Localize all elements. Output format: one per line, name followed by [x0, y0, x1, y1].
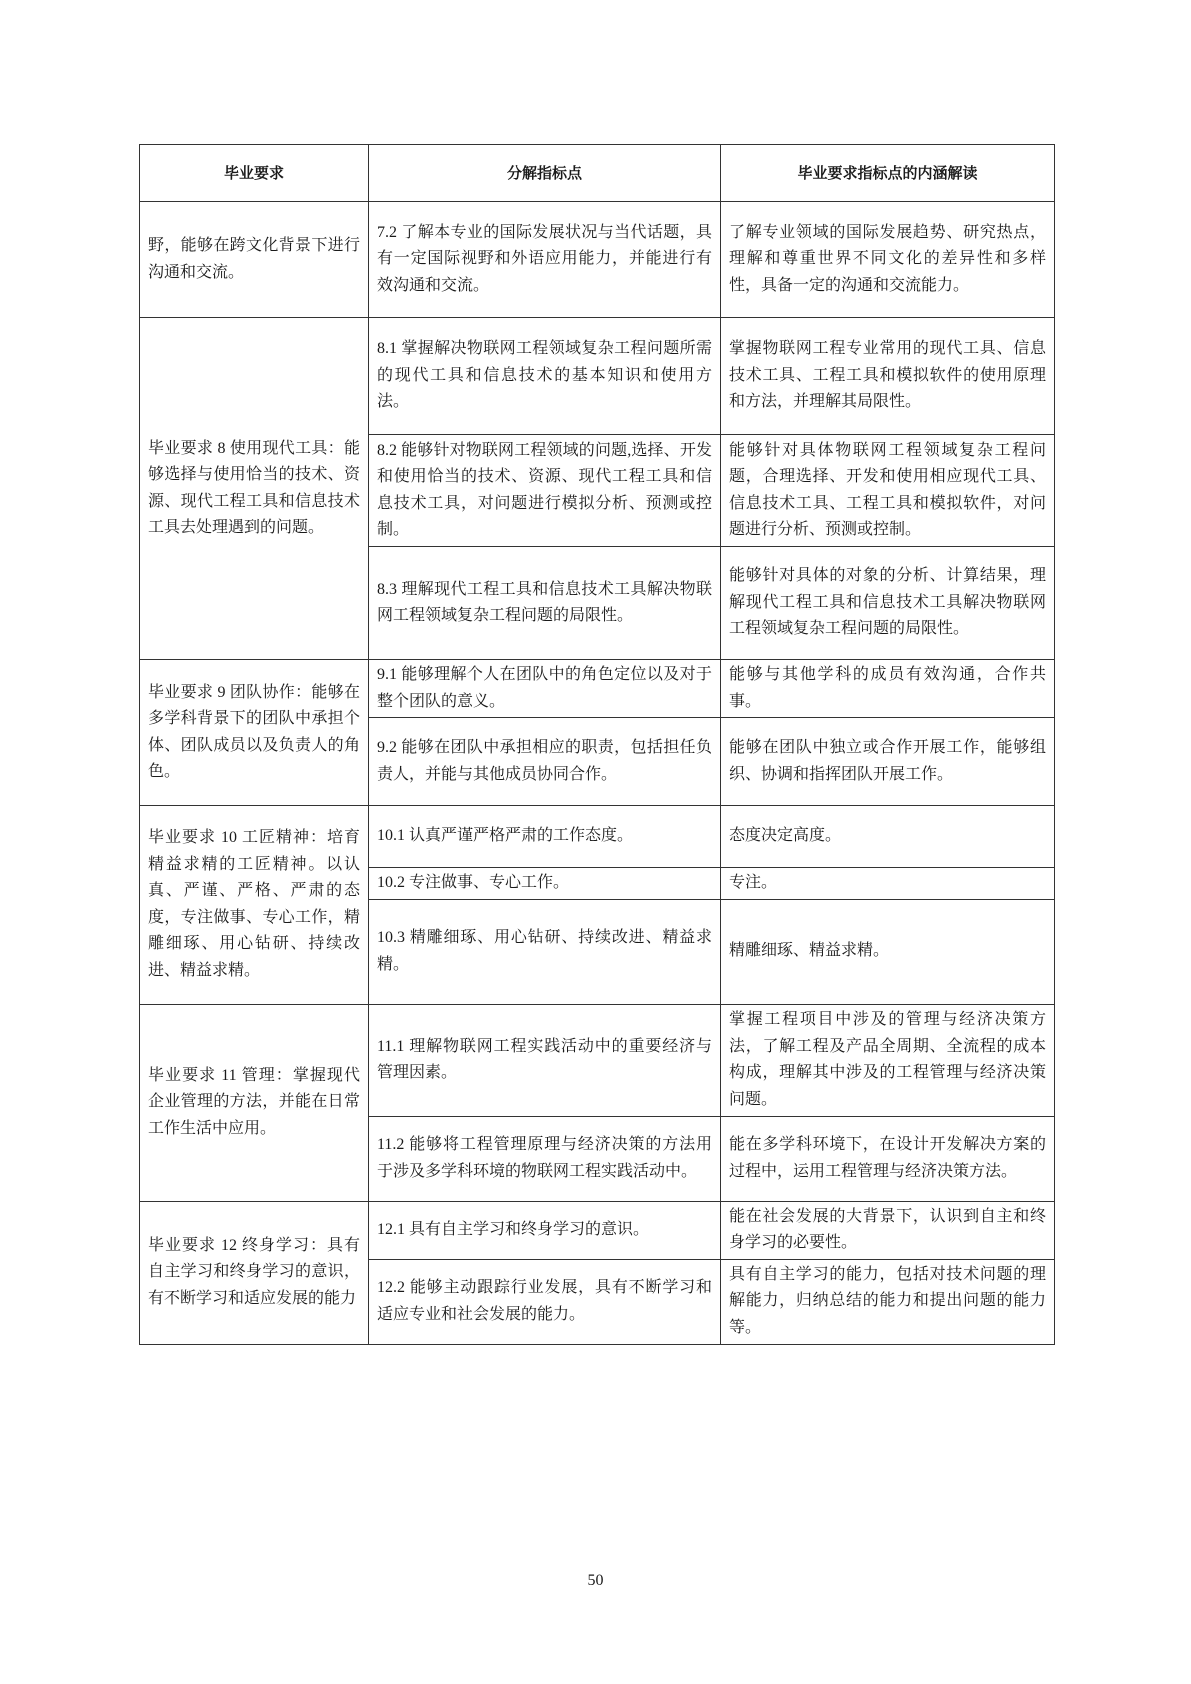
interpretation-cell: 掌握工程项目中涉及的管理与经济决策方法，了解工程及产品全周期、全流程的成本构成，… — [721, 1004, 1055, 1116]
interpretation-cell: 态度决定高度。 — [721, 806, 1055, 868]
interpretation-cell: 了解专业领域的国际发展趋势、研究热点，理解和尊重世界不同文化的差异性和多样性，具… — [721, 202, 1055, 318]
indicator-cell: 12.2 能够主动跟踪行业发展，具有不断学习和适应专业和社会发展的能力。 — [369, 1259, 721, 1344]
graduation-requirements-table: 毕业要求 分解指标点 毕业要求指标点的内涵解读 野，能够在跨文化背景下进行沟通和… — [139, 144, 1055, 1345]
table-header-row: 毕业要求 分解指标点 毕业要求指标点的内涵解读 — [140, 145, 1055, 202]
page-number: 50 — [0, 1572, 1191, 1590]
header-interpretation: 毕业要求指标点的内涵解读 — [721, 145, 1055, 202]
requirement-cell: 毕业要求 9 团队协作：能够在多学科背景下的团队中承担个体、团队成员以及负责人的… — [140, 660, 369, 806]
indicator-cell: 7.2 了解本专业的国际发展状况与当代话题，具有一定国际视野和外语应用能力，并能… — [369, 202, 721, 318]
interpretation-cell: 精雕细琢、精益求精。 — [721, 899, 1055, 1004]
interpretation-cell: 掌握物联网工程专业常用的现代工具、信息技术工具、工程工具和模拟软件的使用原理和方… — [721, 318, 1055, 435]
interpretation-cell: 能够针对具体物联网工程领域复杂工程问题，合理选择、开发和使用相应现代工具、信息技… — [721, 435, 1055, 547]
requirement-cell: 野，能够在跨文化背景下进行沟通和交流。 — [140, 202, 369, 318]
header-requirement: 毕业要求 — [140, 145, 369, 202]
indicator-cell: 8.2 能够针对物联网工程领域的问题,选择、开发和使用恰当的技术、资源、现代工程… — [369, 435, 721, 547]
indicator-cell: 9.2 能够在团队中承担相应的职责，包括担任负责人，并能与其他成员协同合作。 — [369, 718, 721, 806]
interpretation-cell: 能在社会发展的大背景下，认识到自主和终身学习的必要性。 — [721, 1201, 1055, 1259]
interpretation-cell: 能在多学科环境下，在设计开发解决方案的过程中，运用工程管理与经济决策方法。 — [721, 1116, 1055, 1201]
requirement-cell: 毕业要求 10 工匠精神：培育精益求精的工匠精神。以认真、严谨、严格、严肃的态度… — [140, 806, 369, 1005]
indicator-cell: 11.2 能够将工程管理原理与经济决策的方法用于涉及多学科环境的物联网工程实践活… — [369, 1116, 721, 1201]
interpretation-cell: 具有自主学习的能力，包括对技术问题的理解能力，归纳总结的能力和提出问题的能力等。 — [721, 1259, 1055, 1344]
indicator-cell: 12.1 具有自主学习和终身学习的意识。 — [369, 1201, 721, 1259]
interpretation-cell: 能够在团队中独立或合作开展工作，能够组织、协调和指挥团队开展工作。 — [721, 718, 1055, 806]
indicator-cell: 10.1 认真严谨严格严肃的工作态度。 — [369, 806, 721, 868]
indicator-cell: 8.1 掌握解决物联网工程领域复杂工程问题所需的现代工具和信息技术的基本知识和使… — [369, 318, 721, 435]
indicator-cell: 8.3 理解现代工程工具和信息技术工具解决物联网工程领域复杂工程问题的局限性。 — [369, 547, 721, 660]
interpretation-cell: 能够针对具体的对象的分析、计算结果，理解现代工程工具和信息技术工具解决物联网工程… — [721, 547, 1055, 660]
indicator-cell: 9.1 能够理解个人在团队中的角色定位以及对于整个团队的意义。 — [369, 660, 721, 718]
header-indicator: 分解指标点 — [369, 145, 721, 202]
requirement-cell: 毕业要求 12 终身学习：具有自主学习和终身学习的意识，有不断学习和适应发展的能… — [140, 1201, 369, 1344]
indicator-cell: 10.3 精雕细琢、用心钻研、持续改进、精益求精。 — [369, 899, 721, 1004]
interpretation-cell: 能够与其他学科的成员有效沟通，合作共事。 — [721, 660, 1055, 718]
table-row: 毕业要求 11 管理：掌握现代企业管理的方法，并能在日常工作生活中应用。 11.… — [140, 1004, 1055, 1116]
table-row: 毕业要求 10 工匠精神：培育精益求精的工匠精神。以认真、严谨、严格、严肃的态度… — [140, 806, 1055, 868]
requirement-cell: 毕业要求 11 管理：掌握现代企业管理的方法，并能在日常工作生活中应用。 — [140, 1004, 369, 1201]
interpretation-cell: 专注。 — [721, 868, 1055, 900]
indicator-cell: 11.1 理解物联网工程实践活动中的重要经济与管理因素。 — [369, 1004, 721, 1116]
indicator-cell: 10.2 专注做事、专心工作。 — [369, 868, 721, 900]
document-page: 毕业要求 分解指标点 毕业要求指标点的内涵解读 野，能够在跨文化背景下进行沟通和… — [0, 0, 1191, 1684]
table-row: 毕业要求 12 终身学习：具有自主学习和终身学习的意识，有不断学习和适应发展的能… — [140, 1201, 1055, 1259]
table-row: 毕业要求 8 使用现代工具：能够选择与使用恰当的技术、资源、现代工程工具和信息技… — [140, 318, 1055, 435]
requirement-cell: 毕业要求 8 使用现代工具：能够选择与使用恰当的技术、资源、现代工程工具和信息技… — [140, 318, 369, 660]
table-row: 野，能够在跨文化背景下进行沟通和交流。 7.2 了解本专业的国际发展状况与当代话… — [140, 202, 1055, 318]
table-row: 毕业要求 9 团队协作：能够在多学科背景下的团队中承担个体、团队成员以及负责人的… — [140, 660, 1055, 718]
